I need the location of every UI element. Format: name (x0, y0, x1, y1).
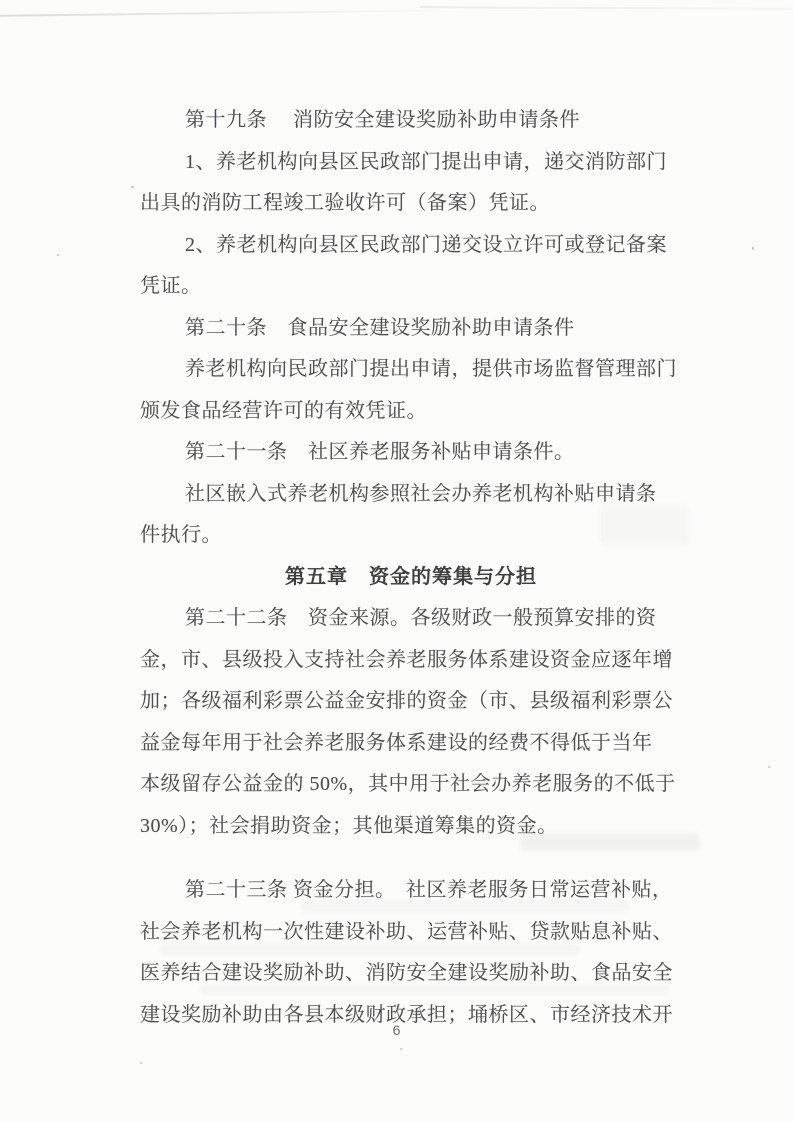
scan-speck (57, 254, 59, 256)
article-19-item-1-line-1: 1、养老机构向县区民政部门提出申请，递交消防部门 (140, 142, 706, 184)
document-page: 第十九条 消防安全建设奖励补助申请条件 1、养老机构向县区民政部门提出申请，递交… (0, 0, 793, 1122)
article-23-line-2: 社会养老机构一次性建设补助、运营补贴、贷款贴息补贴、 (140, 912, 706, 954)
article-19-item-2-line-2: 凭证。 (140, 266, 706, 308)
page-number: 6 (0, 1022, 793, 1038)
article-21-body-line-2: 件执行。 (140, 515, 706, 557)
scan-crease (0, 9, 470, 17)
scan-speck (131, 186, 134, 188)
article-23-line-3: 医养结合建设奖励补助、消防安全建设奖励补助、食品安全 (140, 953, 706, 995)
document-body: 第十九条 消防安全建设奖励补助申请条件 1、养老机构向县区民政部门提出申请，递交… (140, 100, 706, 1036)
article-21-body-line-1: 社区嵌入式养老机构参照社会办养老机构补贴申请条 (140, 474, 706, 516)
article-22-line-1: 第二十二条 资金来源。各级财政一般预算安排的资 (140, 598, 706, 640)
article-19-item-2-line-1: 2、养老机构向县区民政部门递交设立许可或登记备案 (140, 225, 706, 267)
article-21-title: 第二十一条 社区养老服务补贴申请条件。 (140, 432, 706, 474)
scan-speck (752, 247, 754, 250)
scan-speck (400, 1048, 402, 1050)
article-20-body-line-2: 颁发食品经营许可的有效凭证。 (140, 391, 706, 433)
article-20-body-line-1: 养老机构向民政部门提出申请，提供市场监督管理部门 (140, 349, 706, 391)
chapter-5-heading: 第五章 资金的筹集与分担 (140, 557, 706, 599)
article-22-line-2: 金，市、县级投入支持社会养老服务体系建设资金应逐年增 (140, 640, 706, 682)
article-22-line-3: 加；各级福利彩票公益金安排的资金（市、县级福利彩票公 (140, 681, 706, 723)
article-23-line-1: 第二十三条 资金分担。 社区养老服务日常运营补贴， (140, 870, 706, 912)
article-22-line-4: 益金每年用于社会养老服务体系建设的经费不得低于当年 (140, 723, 706, 765)
article-19-title: 第十九条 消防安全建设奖励补助申请条件 (140, 100, 706, 142)
scan-speck (768, 766, 770, 768)
article-20-title: 第二十条 食品安全建设奖励补助申请条件 (140, 308, 706, 350)
article-22-line-5: 本级留存公益金的 50%，其中用于社会办养老服务的不低于 (140, 764, 706, 806)
article-19-item-1-line-2: 出具的消防工程竣工验收许可（备案）凭证。 (140, 183, 706, 225)
scan-speck (140, 1062, 142, 1064)
scan-crease (420, 6, 793, 10)
article-22-line-6: 30%）；社会捐助资金；其他渠道筹集的资金。 (140, 806, 706, 848)
